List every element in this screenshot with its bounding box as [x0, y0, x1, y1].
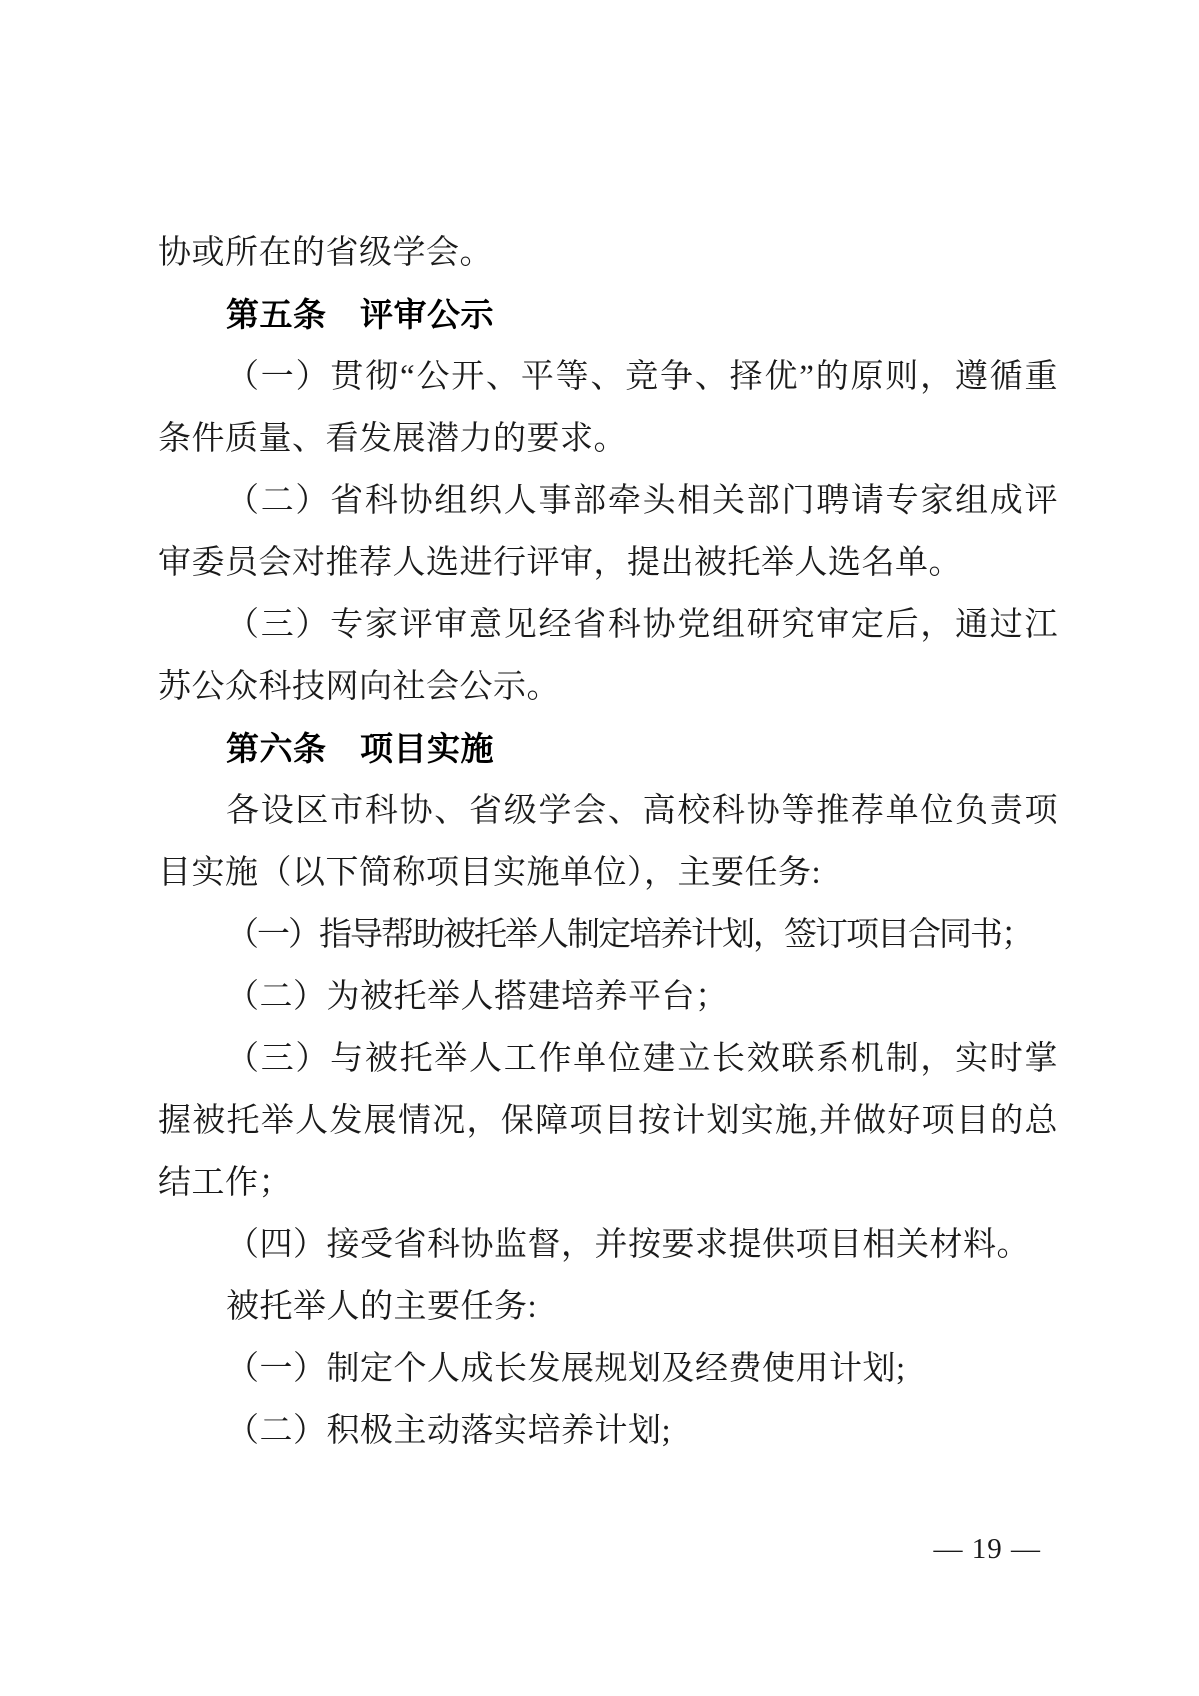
- paragraph: （四）接受省科协监督，并按要求提供项目相关材料。: [158, 1214, 1058, 1276]
- paragraph: （一）贯彻“公开、平等、竞争、择优”的原则，遵循重条件质量、看发展潜力的要求。: [158, 346, 1058, 470]
- paragraph: （一）制定个人成长发展规划及经费使用计划;: [158, 1338, 1058, 1400]
- paragraph: （三）专家评审意见经省科协党组研究审定后，通过江苏公众科技网向社会公示。: [158, 594, 1058, 718]
- section-heading: 第五条 评审公示: [158, 284, 1058, 346]
- paragraph: 各设区市科协、省级学会、高校科协等推荐单位负责项目实施（以下简称项目实施单位），…: [158, 780, 1058, 904]
- paragraph: （二）省科协组织人事部牵头相关部门聘请专家组成评审委员会对推荐人选进行评审，提出…: [158, 470, 1058, 594]
- document-page: 协或所在的省级学会。第五条 评审公示（一）贯彻“公开、平等、竞争、择优”的原则，…: [0, 0, 1199, 1696]
- document-body: 协或所在的省级学会。第五条 评审公示（一）贯彻“公开、平等、竞争、择优”的原则，…: [158, 222, 1058, 1462]
- paragraph: 协或所在的省级学会。: [158, 222, 1058, 284]
- page-number: — 19 —: [934, 1533, 1042, 1565]
- paragraph: （二）积极主动落实培养计划;: [158, 1400, 1058, 1462]
- paragraph: （三）与被托举人工作单位建立长效联系机制，实时掌握被托举人发展情况，保障项目按计…: [158, 1028, 1058, 1214]
- section-heading: 第六条 项目实施: [158, 718, 1058, 780]
- page-footer: — 19 —: [934, 1532, 1042, 1566]
- paragraph: 被托举人的主要任务:: [158, 1276, 1058, 1338]
- paragraph: （一）指导帮助被托举人制定培养计划，签订项目合同书；: [158, 904, 1058, 966]
- paragraph: （二）为被托举人搭建培养平台；: [158, 966, 1058, 1028]
